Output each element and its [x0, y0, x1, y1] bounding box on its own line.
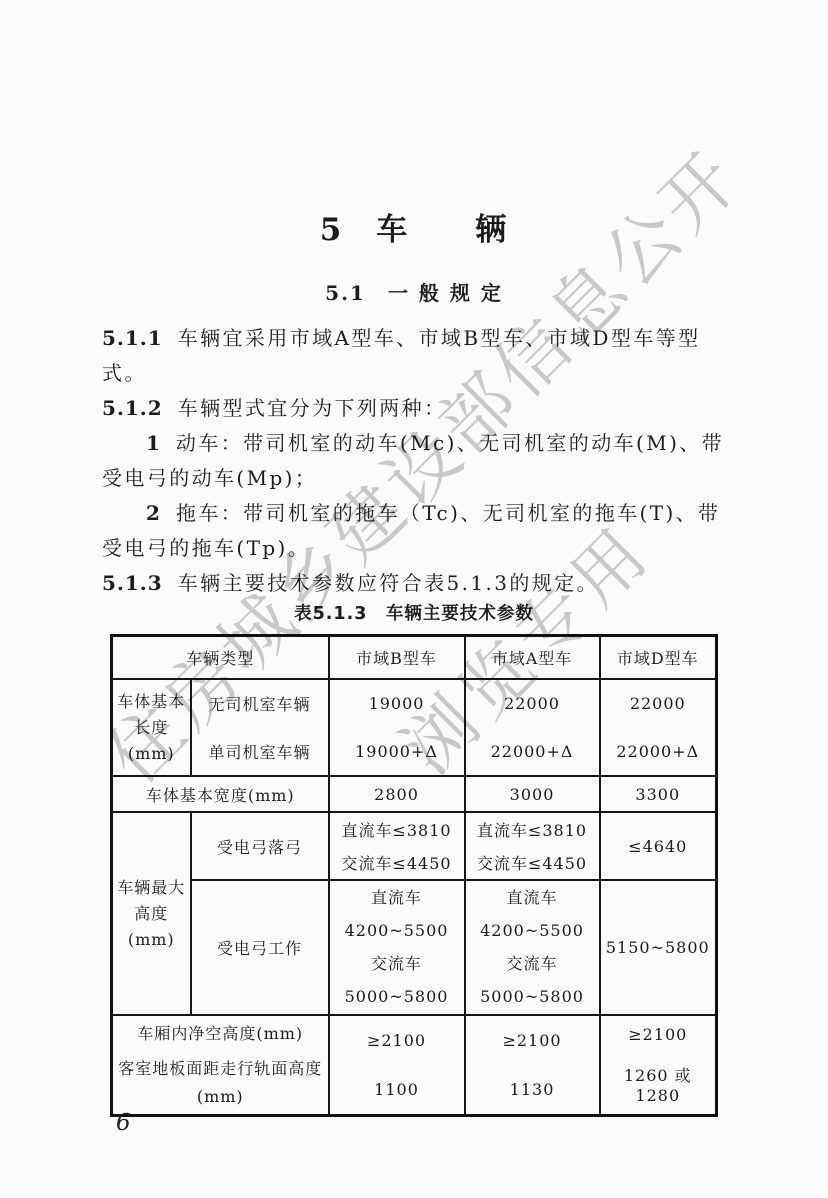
single-cab-label: 单司机室车辆 [209, 740, 311, 763]
section-title: 5.1 一 般 规 定 [0, 277, 828, 306]
cell-header-type-b: 市域B型车 [329, 636, 465, 680]
cell-length-b: 19000 19000+Δ [329, 679, 465, 776]
length-no-cab-d: 22000 [630, 694, 686, 713]
chapter-title: 5 车 辆 [0, 204, 828, 249]
no-cab-label: 无司机室车辆 [209, 692, 311, 715]
floor-height-label-line2: (mm) [118, 1083, 322, 1111]
clause-text: 车辆宜采用市域A型车、市域B型车、市域D型车等型 [178, 326, 701, 350]
interior-height-d: ≥2100 [628, 1025, 687, 1044]
item-number: 1 [146, 431, 161, 455]
clause-text: 受电弓的拖车(Tp)。 [102, 536, 310, 560]
floor-height-label-line1: 客室地板面距走行轨面高度 [118, 1055, 322, 1083]
floor-height-b: 1100 [374, 1080, 419, 1099]
body-line: 受电弓的拖车(Tp)。 [102, 531, 730, 566]
cell-maxheight-group-label: 车辆最大 高度 (mm) [112, 812, 191, 1015]
cell-length-a: 22000 22000+Δ [465, 679, 600, 776]
cell-pan-up-a: 直流车 4200~5500 交流车 5000~5800 [465, 880, 600, 1015]
body-line: 式。 [102, 356, 730, 391]
interior-height-b: ≥2100 [367, 1031, 426, 1050]
cell-bottom-labels: 车厢内净空高度(mm) 客室地板面距走行轨面高度 (mm) [112, 1015, 329, 1116]
pan-up-a-ac-label: 交流车 [507, 949, 558, 979]
cell-bottom-a: ≥2100 1130 [465, 1015, 600, 1116]
pan-up-a-dc-range: 4200~5500 [480, 916, 584, 946]
cell-bottom-d: ≥2100 1260 或 1280 [600, 1015, 717, 1116]
table-row-width: 车体基本宽度(mm) 2800 3000 3300 [112, 776, 717, 812]
length-label-line2: 长度 [113, 715, 190, 741]
body-line: 受电弓的动车(Mp)； [102, 461, 730, 496]
maxheight-label-line2: 高度 [113, 901, 190, 927]
cell-width-b: 2800 [329, 776, 465, 812]
body-line: 2拖车：带司机室的拖车（Tc)、无司机室的拖车(T)、带 [102, 496, 730, 531]
clause-text: 受电弓的动车(Mp)； [102, 466, 317, 490]
pan-up-b-ac-label: 交流车 [371, 949, 422, 979]
cell-width-a: 3000 [465, 776, 600, 812]
interior-height-a: ≥2100 [502, 1031, 561, 1050]
pan-up-a-ac-range: 5000~5800 [480, 982, 584, 1012]
cell-bottom-b: ≥2100 1100 [329, 1015, 465, 1116]
cell-header-type-a: 市域A型车 [465, 636, 600, 680]
pan-up-b-dc-range: 4200~5500 [345, 916, 449, 946]
page-content: 5 车 辆 5.1 一 般 规 定 5.1.1车辆宜采用市域A型车、市域B型车、… [0, 0, 828, 1198]
cell-pan-up-d: 5150~5800 [600, 880, 717, 1015]
clause-number: 5.1.3 [102, 571, 163, 595]
clause-number: 5.1.2 [102, 396, 163, 420]
floor-height-a: 1130 [510, 1080, 555, 1099]
pan-up-b-dc-label: 直流车 [371, 883, 422, 913]
table-row-pan-down: 车辆最大 高度 (mm) 受电弓落弓 直流车≤3810 交流车≤4450 直流车… [112, 812, 717, 880]
maxheight-label-line1: 车辆最大 [113, 875, 190, 901]
page-number: 6 [116, 1110, 131, 1136]
length-label-line3: (mm) [113, 741, 190, 767]
pan-up-a-dc-label: 直流车 [507, 883, 558, 913]
length-single-cab-a: 22000+Δ [491, 742, 574, 761]
body-line: 1动车：带司机室的动车(Mc)、无司机室的动车(M)、带 [102, 426, 730, 461]
document-page: 住房城乡建设部信息公开 浏览专用 5 车 辆 5.1 一 般 规 定 5.1.1… [0, 0, 828, 1198]
length-no-cab-a: 22000 [504, 694, 560, 713]
table-header-row: 车辆类型 市域B型车 市域A型车 市域D型车 [112, 636, 717, 680]
body-line: 5.1.2车辆型式宜分为下列两种： [102, 391, 730, 426]
clause-text: 拖车：带司机室的拖车（Tc)、无司机室的拖车(T)、带 [176, 501, 721, 525]
clause-number: 5.1.1 [102, 326, 163, 350]
spec-table: 车辆类型 市域B型车 市域A型车 市域D型车 车体基本 长度 (mm) 无司机室… [110, 634, 718, 1117]
length-single-cab-b: 19000+Δ [355, 742, 438, 761]
body-line: 5.1.1车辆宜采用市域A型车、市域B型车、市域D型车等型 [102, 321, 730, 356]
table-row-pan-up: 受电弓工作 直流车 4200~5500 交流车 5000~5800 直流车 42… [112, 880, 717, 1015]
pan-up-b-ac-range: 5000~5800 [345, 982, 449, 1012]
table-row-length: 车体基本 长度 (mm) 无司机室车辆 单司机室车辆 19000 19000+Δ [112, 679, 717, 776]
item-number: 2 [146, 501, 161, 525]
clause-text: 车辆主要技术参数应符合表5.1.3的规定。 [178, 571, 599, 595]
body-line: 5.1.3车辆主要技术参数应符合表5.1.3的规定。 [102, 566, 730, 601]
clause-text: 动车：带司机室的动车(Mc)、无司机室的动车(M)、带 [176, 431, 724, 455]
table-title: 表5.1.3 车辆主要技术参数 [0, 600, 828, 625]
cell-pan-down-label: 受电弓落弓 [191, 812, 329, 880]
floor-height-label: 客室地板面距走行轨面高度 (mm) [118, 1055, 322, 1111]
pan-down-a-ac: 交流车≤4450 [477, 851, 587, 874]
table-row-bottom: 车厢内净空高度(mm) 客室地板面距走行轨面高度 (mm) ≥2100 1100 [112, 1015, 717, 1116]
clause-text: 式。 [102, 361, 147, 385]
cell-length-group-label: 车体基本 长度 (mm) [112, 679, 191, 776]
cell-width-label: 车体基本宽度(mm) [112, 776, 329, 812]
clause-text: 车辆型式宜分为下列两种： [178, 396, 447, 420]
interior-height-label: 车厢内净空高度(mm) [137, 1020, 303, 1048]
cell-width-d: 3300 [600, 776, 717, 812]
cell-header-type-d: 市域D型车 [600, 636, 717, 680]
floor-height-d: 1260 或 1280 [601, 1063, 716, 1105]
cell-pan-up-label: 受电弓工作 [191, 880, 329, 1015]
cell-pan-down-d: ≤4640 [600, 812, 717, 880]
length-no-cab-b: 19000 [369, 694, 425, 713]
length-single-cab-d: 22000+Δ [616, 742, 699, 761]
cell-length-d: 22000 22000+Δ [600, 679, 717, 776]
cell-pan-down-b: 直流车≤3810 交流车≤4450 [329, 812, 465, 880]
pan-down-b-dc: 直流车≤3810 [341, 818, 451, 841]
cell-header-type: 车辆类型 [112, 636, 329, 680]
pan-down-b-ac: 交流车≤4450 [341, 851, 451, 874]
body-text: 5.1.1车辆宜采用市域A型车、市域B型车、市域D型车等型 式。 5.1.2车辆… [102, 321, 730, 601]
cell-length-sublabels: 无司机室车辆 单司机室车辆 [191, 679, 329, 776]
cell-pan-up-b: 直流车 4200~5500 交流车 5000~5800 [329, 880, 465, 1015]
cell-pan-down-a: 直流车≤3810 交流车≤4450 [465, 812, 600, 880]
length-label-line1: 车体基本 [113, 689, 190, 715]
pan-down-a-dc: 直流车≤3810 [477, 818, 587, 841]
maxheight-label-line3: (mm) [113, 927, 190, 953]
